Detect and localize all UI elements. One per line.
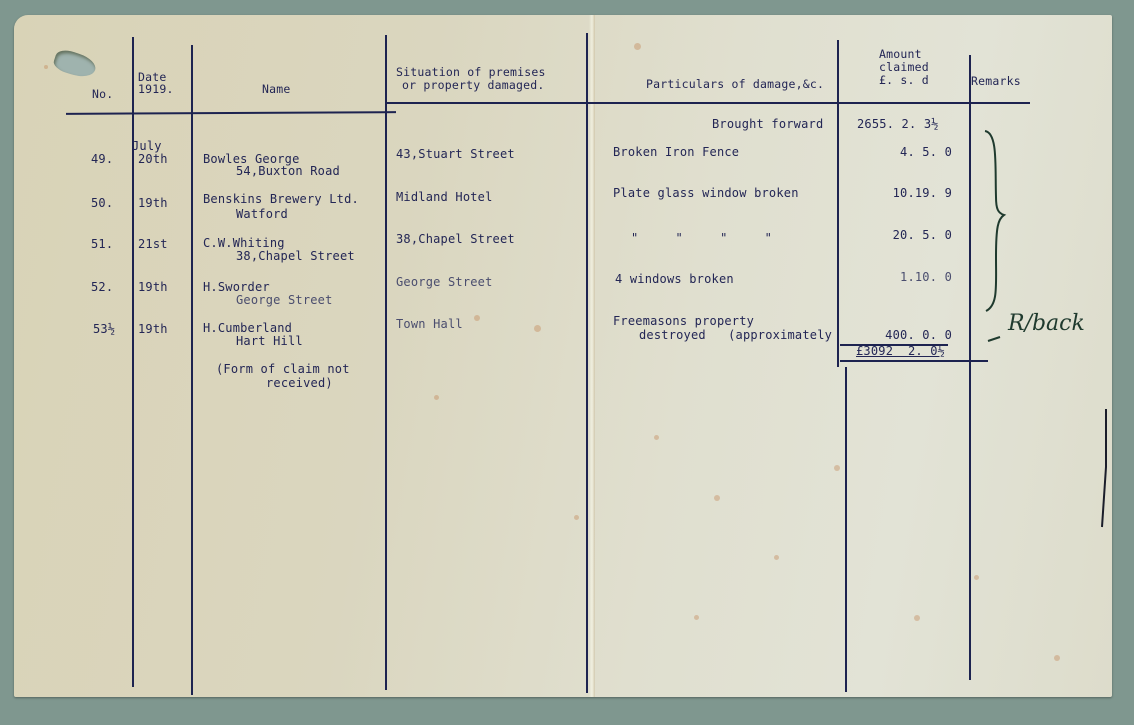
header-no: No. bbox=[92, 88, 113, 100]
row-no: 50. bbox=[91, 196, 113, 210]
row-name: H.Sworder bbox=[203, 280, 270, 294]
total-rule bbox=[840, 360, 988, 362]
note-line-1: (Form of claim not bbox=[216, 362, 350, 376]
row-particulars-cont: destroyed (approximately bbox=[639, 328, 832, 342]
row-amount: 400. 0. 0 bbox=[844, 328, 952, 342]
dash-mark-icon bbox=[986, 315, 1006, 345]
stain bbox=[714, 495, 720, 501]
column-rule-name bbox=[385, 35, 387, 690]
brought-forward-amount: 2655. 2. 3½ bbox=[857, 117, 939, 131]
row-date: 20th bbox=[138, 152, 168, 166]
row-situation: Town Hall bbox=[396, 317, 463, 331]
header-situation-1: Situation of premises bbox=[396, 66, 546, 78]
stain bbox=[434, 395, 439, 400]
row-particulars-ditto: " " " " bbox=[631, 231, 772, 245]
row-address: Watford bbox=[236, 207, 288, 221]
stain bbox=[1054, 655, 1060, 661]
header-amount-1: Amount bbox=[879, 48, 922, 60]
column-rule-date bbox=[191, 45, 193, 695]
header-remarks: Remarks bbox=[971, 75, 1021, 87]
torn-hole bbox=[52, 47, 99, 81]
row-date: 21st bbox=[138, 237, 168, 251]
total-amount: £3092 2. 0½ bbox=[856, 344, 945, 358]
stain bbox=[974, 575, 979, 580]
row-address: George Street bbox=[236, 293, 333, 307]
stain bbox=[474, 315, 480, 321]
row-situation: George Street bbox=[396, 275, 493, 289]
stain bbox=[834, 465, 840, 471]
header-amount-3: £. s. d bbox=[879, 74, 929, 86]
row-particulars: Plate glass window broken bbox=[613, 186, 799, 200]
stain bbox=[634, 43, 641, 50]
column-rule-no bbox=[132, 37, 134, 687]
row-amount: 10.19. 9 bbox=[844, 186, 952, 200]
stain bbox=[44, 65, 48, 69]
row-no: 51. bbox=[91, 237, 113, 251]
row-address: 38,Chapel Street bbox=[236, 249, 355, 263]
column-rule-particulars-lower bbox=[845, 367, 847, 692]
row-no: 49. bbox=[91, 152, 113, 166]
row-address: 54,Buxton Road bbox=[236, 164, 340, 178]
paper-fold bbox=[589, 15, 595, 697]
row-amount: 20. 5. 0 bbox=[844, 228, 952, 242]
header-situation-2: or property damaged. bbox=[402, 79, 544, 91]
row-particulars: Freemasons property bbox=[613, 314, 754, 328]
row-name: H.Cumberland bbox=[203, 321, 292, 335]
column-rule-particulars bbox=[837, 40, 839, 367]
handwritten-remark: R/back bbox=[1008, 311, 1085, 336]
column-rule-amount bbox=[969, 55, 971, 680]
header-amount-2: claimed bbox=[879, 61, 929, 73]
header-rule-left bbox=[66, 111, 396, 115]
header-name: Name bbox=[262, 83, 291, 95]
brought-forward-label: Brought forward bbox=[712, 117, 823, 131]
header-rule-right bbox=[385, 102, 1030, 104]
row-name: C.W.Whiting bbox=[203, 236, 285, 250]
row-situation: 43,Stuart Street bbox=[396, 147, 515, 161]
row-particulars: 4 windows broken bbox=[615, 272, 734, 286]
stain bbox=[694, 615, 699, 620]
stain bbox=[774, 555, 779, 560]
ledger-page: No. Date 1919. Name Situation of premise… bbox=[14, 15, 1112, 697]
stain bbox=[914, 615, 920, 621]
row-date: 19th bbox=[138, 322, 168, 336]
header-particulars: Particulars of damage,&c. bbox=[646, 78, 824, 90]
row-particulars: Broken Iron Fence bbox=[613, 145, 739, 159]
row-name: Benskins Brewery Ltd. bbox=[203, 192, 359, 206]
month-label: July bbox=[132, 139, 162, 153]
row-situation: 38,Chapel Street bbox=[396, 232, 515, 246]
brace-icon bbox=[980, 127, 1010, 317]
row-amount: 4. 5. 0 bbox=[844, 145, 952, 159]
column-rule-situation bbox=[586, 33, 588, 693]
pen-stroke-icon bbox=[1100, 407, 1110, 537]
note-line-2: received) bbox=[266, 376, 333, 390]
row-address: Hart Hill bbox=[236, 334, 303, 348]
row-amount: 1.10. 0 bbox=[844, 270, 952, 284]
header-year: 1919. bbox=[138, 83, 174, 95]
stain bbox=[654, 435, 659, 440]
row-situation: Midland Hotel bbox=[396, 190, 493, 204]
row-date: 19th bbox=[138, 196, 168, 210]
row-date: 19th bbox=[138, 280, 168, 294]
row-no: 53½ bbox=[93, 322, 115, 336]
stain bbox=[574, 515, 579, 520]
stain bbox=[534, 325, 541, 332]
row-no: 52. bbox=[91, 280, 113, 294]
